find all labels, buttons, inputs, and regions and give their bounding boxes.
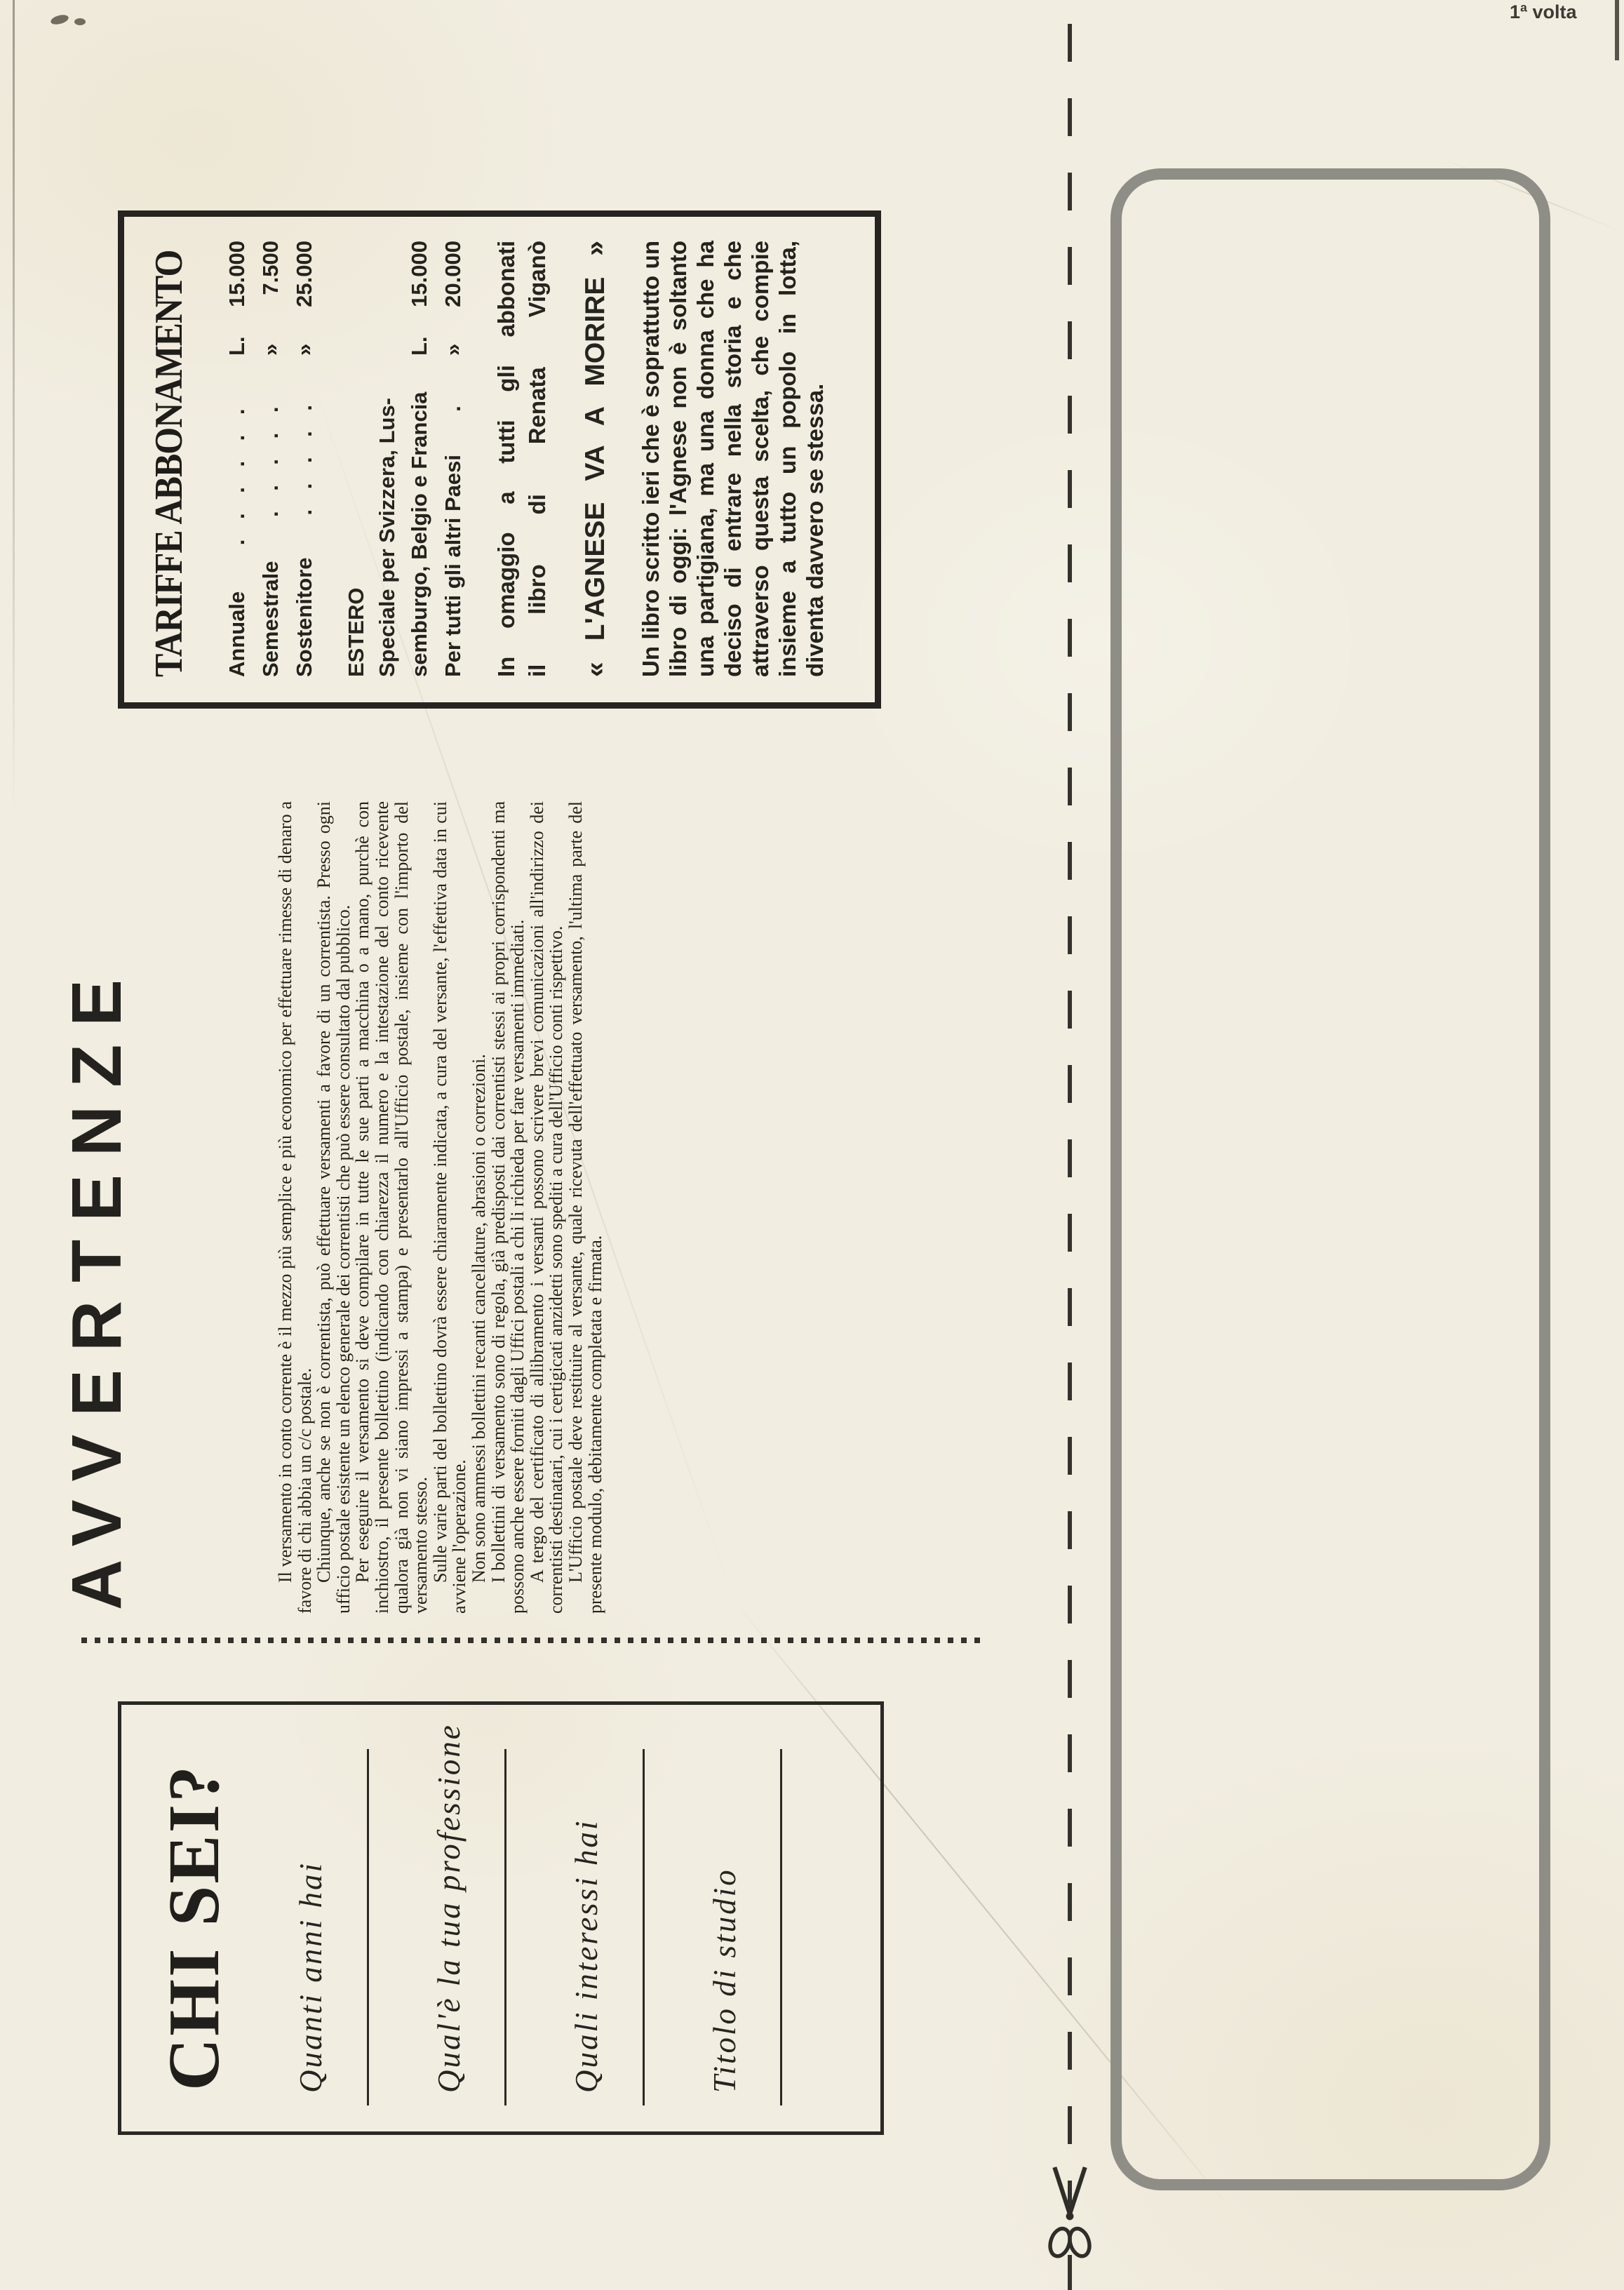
scissors-icon	[1038, 2162, 1101, 2278]
adjacent-page-edge	[1615, 0, 1619, 60]
avvertenze-section: AVVERTENZE Il versamento in conto corren…	[42, 742, 933, 1649]
tariff-rate-row: Sostenitore . . . . . » 25.000	[288, 241, 321, 677]
tariff-rate-label: Annuale	[220, 591, 254, 677]
tariff-rate-row: Annuale . . . . . . L. 15.000	[220, 241, 254, 677]
answer-line	[504, 1749, 506, 2105]
leader-dots: . . . . . .	[220, 356, 254, 591]
chi-sei-question-label: Quali interessi hai	[570, 1705, 605, 2093]
vertical-cut-dashed-line	[1068, 24, 1072, 2290]
avvertenze-paragraph: Per eseguire il versamento si deve compi…	[353, 801, 430, 1614]
chi-sei-title: CHI SEI?	[158, 1705, 231, 2091]
chi-sei-form-box: CHI SEI? Quanti anni hai Qual'è la tua p…	[118, 1701, 884, 2135]
book-blurb: Un libro scritto ieri che è soprattutto …	[637, 241, 828, 677]
chi-sei-question-label: Quanti anni hai	[294, 1705, 329, 2093]
tariffe-title: TARIFFE ABBONAMENTO	[149, 241, 188, 677]
tariff-rate-label: Sostenitore	[288, 557, 321, 677]
tariff-rate-list: Annuale . . . . . . L. 15.000 Semestrale…	[220, 241, 321, 677]
city-directory-box	[1110, 168, 1550, 2190]
scan-edge-line	[13, 0, 15, 814]
avvertenze-paragraph: L'Ufficio postale deve restituire al ver…	[566, 801, 605, 1614]
avvertenze-paragraph: I bollettini di versamento sono di regol…	[489, 801, 528, 1614]
estero-row2: Per tutti gli altri Paesi . » 20.000	[436, 241, 470, 677]
chi-sei-question-group: Titolo di studio	[708, 1705, 783, 2093]
tariff-rate-currency: L.	[220, 323, 254, 356]
estero-row1-label: semburgo, Belgio e Francia	[403, 391, 436, 677]
leader-dots: .	[436, 356, 470, 455]
gift-note-line2: il libro di Renata Viganò	[522, 241, 553, 677]
chi-sei-question-list: Quanti anni hai Qual'è la tua profession…	[294, 1705, 782, 2131]
avvertenze-paragraph: Chiunque, anche se non è correntista, pu…	[314, 801, 353, 1614]
tariff-rate-row: Semestrale . . . . . » 7.500	[254, 241, 288, 677]
avvertenze-body: Il versamento in conto corrente è il mez…	[276, 801, 605, 1614]
chi-sei-question-group: Quanti anni hai	[294, 1705, 369, 2093]
tariff-rate-value: 25.000	[288, 241, 321, 323]
ink-smudge	[50, 13, 69, 26]
leader-dots: . . . . .	[254, 356, 288, 561]
answer-line	[643, 1749, 645, 2105]
avvertenze-paragraph: A tergo del certificato di allibramento …	[528, 801, 566, 1614]
estero-row1-value: 15.000	[403, 241, 436, 323]
answer-line	[367, 1749, 369, 2105]
estero-row1-currency: L.	[403, 323, 436, 356]
estero-row1-line2: semburgo, Belgio e Francia L. 15.000	[403, 241, 436, 677]
tariff-rate-currency: »	[254, 323, 288, 356]
scanned-magazine-page: 1ª volta TARIFFE ABBONAMENTO Annuale . .…	[0, 0, 1624, 2290]
estero-row2-currency: »	[436, 323, 470, 356]
gift-note-line1: In omaggio a tutti gli abbonati	[491, 241, 522, 677]
chi-sei-question-label: Titolo di studio	[708, 1705, 743, 2093]
estero-row2-label: Per tutti gli altri Paesi	[436, 455, 470, 677]
chi-sei-question-label: Qual'è la tua professione	[432, 1705, 467, 2093]
answer-line	[780, 1749, 782, 2105]
avvertenze-paragraph: Sulle varie parti del bollettino dovrà e…	[431, 801, 469, 1614]
estero-row2-value: 20.000	[436, 241, 470, 323]
corner-note: 1ª volta	[1510, 1, 1577, 23]
tariff-rate-value: 7.500	[254, 241, 288, 323]
tariff-rate-label: Semestrale	[254, 561, 288, 677]
chi-sei-question-group: Qual'è la tua professione	[432, 1705, 507, 2093]
tariff-rate-value: 15.000	[220, 241, 254, 323]
avvertenze-paragraph: Il versamento in conto corrente è il mez…	[276, 801, 314, 1614]
subscription-rates-box: TARIFFE ABBONAMENTO Annuale . . . . . . …	[118, 210, 881, 709]
estero-row1-line1: Speciale per Svizzera, Lus-	[372, 241, 403, 677]
leader-dots: . . . . .	[288, 356, 321, 557]
gift-note: In omaggio a tutti gli abbonati il libro…	[491, 241, 553, 677]
avvertenze-title: AVVERTENZE	[62, 742, 132, 1610]
chi-sei-question-group: Quali interessi hai	[570, 1705, 645, 2093]
avvertenze-paragraph: Non sono ammessi bollettini recanti canc…	[469, 801, 489, 1614]
tariff-rate-currency: »	[288, 323, 321, 356]
book-title: « L'AGNESE VA A MORIRE »	[579, 241, 612, 677]
ink-smudge	[74, 18, 86, 25]
estero-heading: ESTERO	[341, 241, 372, 677]
